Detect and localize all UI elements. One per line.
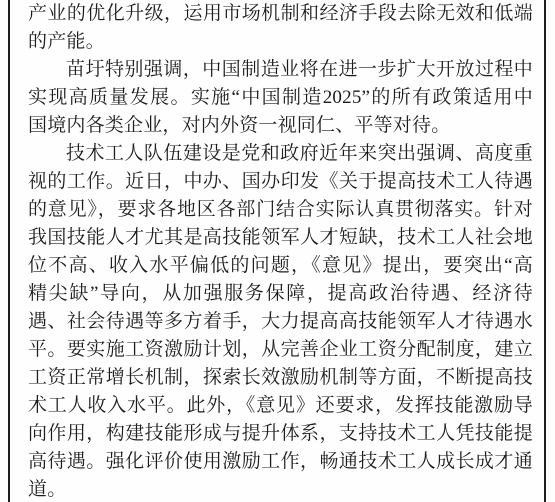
text-line: 精尖缺”导向，从加强服务保障，提高政治待遇、经济待: [28, 280, 533, 308]
text-line: 我国技能人才尤其是高技能领军人才短缺，技术工人社会地: [28, 224, 533, 252]
text-line: 实现高质量发展。实施“中国制造2025”的所有政策适用中: [28, 84, 533, 112]
page-rule-left: [8, 0, 10, 502]
text-line: 高待遇。强化评价使用激励工作，畅通技术工人成长成才通: [28, 448, 533, 476]
document-page: 产业的优化升级，运用市场机制和经济手段去除无效和低端的产能。苗圩特别强调，中国制…: [0, 0, 555, 502]
text-line: 技术工人队伍建设是党和政府近年来突出强调、高度重: [28, 140, 533, 168]
text-line: 的意见》，要求各地区各部门结合实际认真贯彻落实。针对: [28, 196, 533, 224]
page-rule-right: [544, 0, 546, 502]
text-line: 术工人收入水平。此外，《意见》还要求，发挥技能激励导: [28, 392, 533, 420]
text-line: 产业的优化升级，运用市场机制和经济手段去除无效和低端: [28, 0, 533, 28]
text-line: 国境内各类企业，对内外资一视同仁、平等对待。: [28, 112, 533, 140]
text-block: 产业的优化升级，运用市场机制和经济手段去除无效和低端的产能。苗圩特别强调，中国制…: [28, 0, 533, 502]
text-line: 视的工作。近日，中办、国办印发《关于提高技术工人待遇: [28, 168, 533, 196]
text-line: 的产能。: [28, 28, 533, 56]
text-line: 道。: [28, 476, 533, 502]
text-line: 位不高、收入水平偏低的问题，《意见》提出，要突出“高: [28, 252, 533, 280]
text-line: 苗圩特别强调，中国制造业将在进一步扩大开放过程中: [28, 56, 533, 84]
text-line: 遇、社会待遇等多方着手，大力提高高技能领军人才待遇水: [28, 308, 533, 336]
text-line: 工资正常增长机制，探索长效激励机制等方面，不断提高技: [28, 364, 533, 392]
text-line: 平。要实施工资激励计划，从完善企业工资分配制度，建立: [28, 336, 533, 364]
text-line: 向作用，构建技能形成与提升体系，支持技术工人凭技能提: [28, 420, 533, 448]
